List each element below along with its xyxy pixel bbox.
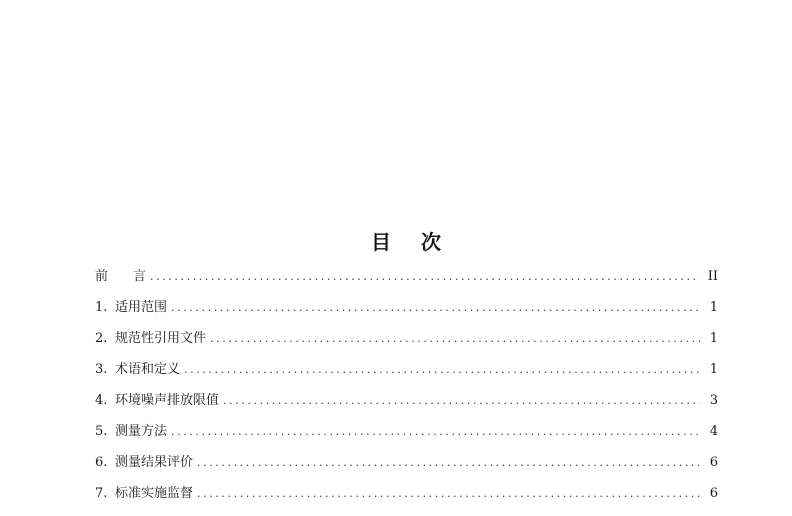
toc-entry-page: 1 [700,328,718,350]
toc-title-char-2: 次 [421,230,441,254]
toc-entry-4[interactable]: 4. 环境噪声排放限值 ............................… [95,390,718,421]
toc-entry-1[interactable]: 1. 适用范围 ................................… [95,297,718,328]
toc-entry-number: 2. [95,328,115,350]
dot-leader: ........................................… [197,452,700,474]
toc-entry-page: 4 [700,421,718,443]
dot-leader: ........................................… [171,421,700,443]
dot-leader: ........................................… [210,328,700,350]
toc-title-char-1: 目 [371,230,391,254]
dot-leader: ........................................… [197,483,700,505]
dot-leader: ........................................… [223,390,700,412]
toc-entry-number: 1. [95,297,115,319]
toc-entry-number: 6. [95,452,115,474]
toc-entry-label: 前言 [95,266,150,288]
toc-entry-label: 标准实施监督 [115,483,197,505]
toc-entry-number: 5. [95,421,115,443]
toc-entry-page: 1 [700,297,718,319]
toc-entry-label: 规范性引用文件 [115,328,210,350]
dot-leader: ........................................… [150,266,700,288]
toc-entry-number: 7. [95,483,115,505]
toc-entry-label: 测量结果评价 [115,452,197,474]
toc-entry-number: 3. [95,359,115,381]
table-of-contents: 前言 .....................................… [95,266,718,514]
toc-entry-3[interactable]: 3. 术语和定义 ...............................… [95,359,718,390]
dot-leader: ........................................… [184,359,700,381]
toc-entry-page: 3 [700,390,718,412]
toc-entry-label: 适用范围 [115,297,171,319]
toc-entry-label: 术语和定义 [115,359,184,381]
toc-entry-page: 6 [700,483,718,505]
toc-entry-label: 环境噪声排放限值 [115,390,223,412]
toc-entry-page: 1 [700,359,718,381]
toc-entry-7[interactable]: 7. 标准实施监督 ..............................… [95,483,718,514]
toc-entry-preface[interactable]: 前言 .....................................… [95,266,718,297]
document-page: 目次 前言 ..................................… [0,0,792,516]
toc-entry-6[interactable]: 6. 测量结果评价 ..............................… [95,452,718,483]
toc-title: 目次 [0,226,792,255]
toc-entry-label: 测量方法 [115,421,171,443]
toc-entry-number: 4. [95,390,115,412]
toc-entry-2[interactable]: 2. 规范性引用文件 .............................… [95,328,718,359]
toc-entry-5[interactable]: 5. 测量方法 ................................… [95,421,718,452]
toc-entry-page: II [700,266,718,288]
toc-entry-page: 6 [700,452,718,474]
dot-leader: ........................................… [171,297,700,319]
